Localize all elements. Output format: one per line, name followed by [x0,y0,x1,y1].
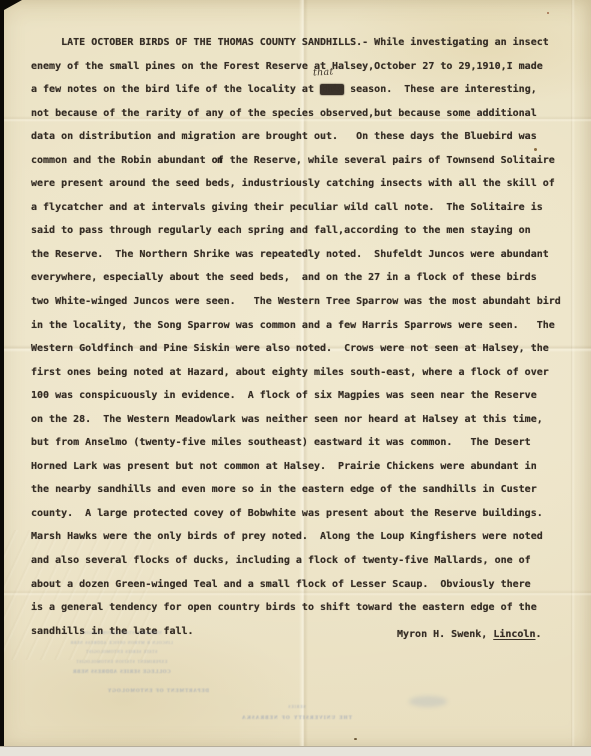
typed-text: Horned Lark was present but not common a… [31,461,537,472]
scan-edge-left [0,0,4,756]
typed-line: were present around the seed beds, indus… [31,172,566,196]
typed-text: Western Goldfinch and Pine Siskin were a… [31,343,549,354]
typed-line: enemy of the small pines on the Forest R… [31,55,566,79]
typed-text: the Reserve. The Northern Shrike was rep… [31,249,549,260]
typed-text: two White-winged Juncos were seen. The W… [31,296,561,307]
paper-speck [354,738,357,740]
typed-text: everywhere, especially about the seed be… [31,272,537,283]
illegible-mirrored-line: department of entomology [34,686,209,696]
typed-line: about a dozen Green-winged Teal and a sm… [31,573,566,597]
typed-text: said to pass through regularly each spri… [31,225,531,236]
typed-line: said to pass through regularly each spri… [31,219,566,243]
illegible-mirrored-line: series [189,703,404,712]
typed-text: about a dozen Green-winged Teal and a sm… [31,579,531,590]
typed-line: 100 was conspicuously in evidence. A flo… [31,384,566,408]
handwritten-annotation: that [313,68,334,79]
illegible-mirrored-line: state series entomologist [34,648,209,658]
typed-text: in the locality, the Song Sparrow was co… [31,320,555,331]
typed-text: a few notes on the bird life of the loca… [31,84,320,95]
typed-line: county. A large protected covey of Bobwh… [31,502,566,526]
typed-line: everywhere, especially about the seed be… [31,266,566,290]
typed-text: Myron H. Swenk, [397,629,493,640]
typed-line: Horned Lark was present but not common a… [31,455,566,479]
typed-line: and also several flocks of ducks, includ… [31,549,566,573]
illegible-mirrored-line: nebraska state entomologist [34,629,209,639]
scanned-paper-page: LATE OCTOBER BIRDS OF THE THOMAS COUNTY … [4,0,591,747]
typed-line: Western Goldfinch and Pine Siskin were a… [31,337,566,361]
bleedthrough-letterhead-text: nebraska state entomologistlincoln b myr… [34,629,209,696]
typed-text: first ones being noted at Hazard, about … [31,367,549,378]
typed-text: LATE OCTOBER BIRDS OF THE THOMAS COUNTY … [31,37,549,48]
overtyped-word: ofn [212,149,224,173]
typed-line: two White-winged Juncos were seen. The W… [31,290,566,314]
vertical-crease-right [571,0,575,747]
typed-text: common and the Robin abundant [31,155,212,166]
signature-line: Myron H. Swenk, Lincoln. [397,629,542,640]
typed-line: is a general tendency for open country b… [31,596,566,620]
typed-line: the Reserve. The Northern Shrike was rep… [31,243,566,267]
typed-line: data on distribution and migration are b… [31,125,566,149]
overtype-character: n [217,149,223,173]
typed-line: but from Anselmo (twenty-five miles sout… [31,431,566,455]
typed-text: and also several flocks of ducks, includ… [31,555,531,566]
typed-text: season. These are interesting, [344,84,537,95]
typed-text: a flycatcher and at intervals giving the… [31,202,543,213]
bleedthrough-footer-text: seriesthe university of nebraska [189,703,404,721]
typed-text: is a general tendency for open country b… [31,602,537,613]
paper-speck [547,12,549,14]
typed-text: the Reserve, while several pairs of Town… [224,155,555,166]
typed-line: a flycatcher and at intervals giving the… [31,196,566,220]
typed-line: not because of the rarity of any of the … [31,102,566,126]
illegible-mirrored-line: lincoln b myron office address nebr [34,639,209,649]
typed-line: common and the Robin abundant ofn the Re… [31,149,566,173]
typed-line: a few notes on the bird life of the loca… [31,78,566,102]
illegible-mirrored-line: college series address nebr [34,667,209,677]
ink-smudge [409,696,447,707]
typed-document-body: LATE OCTOBER BIRDS OF THE THOMAS COUNTY … [31,31,566,643]
illegible-mirrored-line: the university of nebraska [189,712,404,721]
typed-text: the nearby sandhills and even more so in… [31,484,537,495]
typed-text: . [535,629,541,640]
typed-line: LATE OCTOBER BIRDS OF THE THOMAS COUNTY … [31,31,566,55]
scan-bed-strip [0,746,591,756]
typed-line: in the locality, the Song Sparrow was co… [31,314,566,338]
typed-line: first ones being noted at Hazard, about … [31,361,566,385]
typed-text: were present around the seed beds, indus… [31,178,555,189]
typed-line: Marsh Hawks were the only birds of prey … [31,525,566,549]
typed-text: Marsh Hawks were the only birds of prey … [31,531,543,542]
struck-out-word: this [320,84,344,95]
typed-text: on the 28. The Western Meadowlark was ne… [31,414,543,425]
underlined-word: Lincoln [493,629,535,640]
typed-text: not because of the rarity of any of the … [31,108,537,119]
typed-text: 100 was conspicuously in evidence. A flo… [31,390,537,401]
illegible-mirrored-line: experiment station entomologist [34,658,209,668]
typed-text: but from Anselmo (twenty-five miles sout… [31,437,531,448]
typed-text: enemy of the small pines on the Forest R… [31,61,543,72]
typed-line: the nearby sandhills and even more so in… [31,478,566,502]
scan-corner-wedge [4,0,22,10]
typed-line: on the 28. The Western Meadowlark was ne… [31,408,566,432]
typed-text: county. A large protected covey of Bobwh… [31,508,543,519]
typed-text: data on distribution and migration are b… [31,131,537,142]
